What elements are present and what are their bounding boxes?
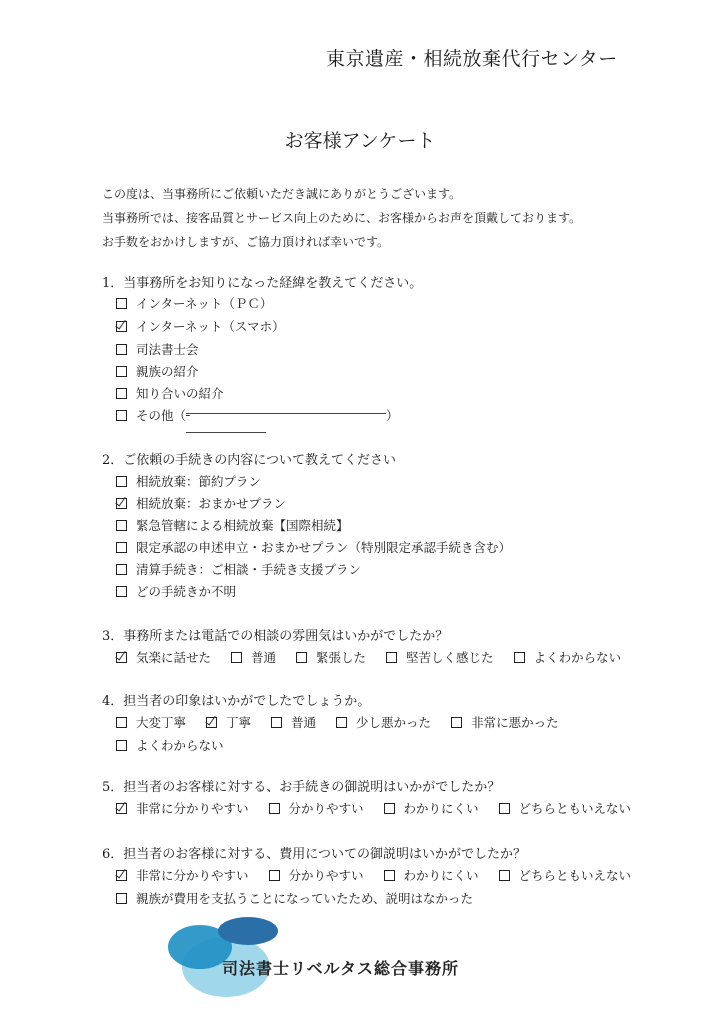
checkbox-checked-icon[interactable] [116, 803, 127, 814]
checkbox-icon[interactable] [231, 652, 242, 663]
q2-option-omakase-plan[interactable]: 相続放棄：おまかせプラン [116, 494, 286, 512]
option-label: 分かりやすい [289, 799, 364, 817]
checkbox-icon[interactable] [116, 542, 127, 553]
q3-option-nervous[interactable]: 緊張した [296, 648, 366, 666]
q5-option-neither[interactable]: どちらともいえない [499, 799, 632, 817]
q1-option-relative-referral[interactable]: 親族の紹介 [116, 362, 199, 380]
q1-option-other[interactable]: その他（ ） [116, 406, 399, 424]
question-2-label: 2．ご依頼の手続きの内容について教えてください [102, 449, 396, 468]
q1-option-acquaintance-referral[interactable]: 知り合いの紹介 [116, 384, 224, 402]
checkbox-checked-icon[interactable] [116, 870, 127, 881]
q3-options: 気楽に話せた 普通 緊張した 堅苦しく感じた よくわからない [116, 648, 625, 666]
checkbox-icon[interactable] [116, 520, 127, 531]
option-label: 緊急管轄による相続放棄【国際相続】 [136, 516, 349, 534]
q6-option-unclear[interactable]: わかりにくい [384, 866, 479, 884]
q4-option-unsure[interactable]: よくわからない [116, 736, 224, 754]
question-4-label: 4．担当者の印象はいかがでしたでしょうか。 [102, 690, 370, 709]
option-label: どちらともいえない [519, 866, 632, 884]
checkbox-icon[interactable] [116, 344, 127, 355]
option-label: どの手続きか不明 [136, 582, 236, 600]
checkbox-icon[interactable] [271, 717, 282, 728]
checkbox-icon[interactable] [514, 652, 525, 663]
option-suffix: ） [386, 406, 399, 424]
option-label: 非常に分かりやすい [136, 866, 249, 884]
q6-option-very-clear[interactable]: 非常に分かりやすい [116, 866, 249, 884]
q1-option-judicial-scrivener-assoc[interactable]: 司法書士会 [116, 340, 199, 358]
option-label: 少し悪かった [356, 713, 431, 731]
checkbox-icon[interactable] [451, 717, 462, 728]
q5-option-unclear[interactable]: わかりにくい [384, 799, 479, 817]
checkbox-icon[interactable] [116, 564, 127, 575]
option-label: 非常に分かりやすい [136, 799, 249, 817]
option-label: インターネット（スマホ） [136, 317, 285, 335]
checkbox-icon[interactable] [116, 366, 127, 377]
question-5-label: 5．担当者のお客様に対する、お手続きの御説明はいかがでしたか？ [102, 776, 500, 795]
option-label: 親族が費用を支払うことになっていたため、説明はなかった [136, 889, 473, 907]
checkbox-icon[interactable] [336, 717, 347, 728]
option-label: 緊張した [316, 648, 366, 666]
option-label: 相続放棄：節約プラン [136, 472, 261, 490]
question-3-label: 3．事務所または電話での相談の雰囲気はいかがでしたか？ [102, 625, 448, 644]
checkbox-checked-icon[interactable] [116, 321, 127, 332]
q2-option-international[interactable]: 緊急管轄による相続放棄【国際相続】 [116, 516, 349, 534]
checkbox-icon[interactable] [384, 870, 395, 881]
checkbox-icon[interactable] [269, 870, 280, 881]
checkbox-icon[interactable] [386, 652, 397, 663]
option-label: 親族の紹介 [136, 362, 199, 380]
checkbox-checked-icon[interactable] [206, 717, 217, 728]
option-label: 気楽に話せた [136, 648, 211, 666]
option-label: 大変丁寧 [136, 713, 186, 731]
option-label: わかりにくい [404, 799, 479, 817]
question-6-label: 6．担当者のお客様に対する、費用についての御説明はいかがでしたか？ [102, 843, 526, 862]
option-label: 非常に悪かった [471, 713, 559, 731]
strike-line-2 [186, 432, 266, 433]
q6-option-clear[interactable]: 分かりやすい [269, 866, 364, 884]
q2-option-settlement[interactable]: 清算手続き：ご相談・手続き支援プラン [116, 560, 361, 578]
intro-line-3: お手数をおかけしますが、ご協力頂ければ幸いです。 [102, 233, 389, 250]
checkbox-icon[interactable] [499, 803, 510, 814]
checkbox-icon[interactable] [116, 717, 127, 728]
checkbox-icon[interactable] [116, 476, 127, 487]
option-label: その他（ [136, 406, 186, 424]
q5-option-very-clear[interactable]: 非常に分かりやすい [116, 799, 249, 817]
checkbox-icon[interactable] [116, 740, 127, 751]
header-org-name: 東京遺産・相続放棄代行センター [326, 44, 618, 71]
checkbox-icon[interactable] [116, 388, 127, 399]
checkbox-icon[interactable] [116, 893, 127, 904]
intro-line-1: この度は、当事務所にご依頼いただき誠にありがとうございます。 [102, 185, 461, 202]
checkbox-checked-icon[interactable] [116, 652, 127, 663]
q4-option-very-bad[interactable]: 非常に悪かった [451, 713, 559, 731]
q5-option-clear[interactable]: 分かりやすい [269, 799, 364, 817]
option-label: わかりにくい [404, 866, 479, 884]
office-name: 司法書士リベルタス総合事務所 [222, 956, 459, 979]
checkbox-icon[interactable] [499, 870, 510, 881]
q1-option-pc[interactable]: インターネット（ＰＣ） [116, 294, 272, 312]
checkbox-icon[interactable] [116, 410, 127, 421]
q6-option-neither[interactable]: どちらともいえない [499, 866, 632, 884]
option-label: 司法書士会 [136, 340, 199, 358]
option-label: インターネット（ＰＣ） [136, 294, 272, 312]
q4-option-very-polite[interactable]: 大変丁寧 [116, 713, 186, 731]
question-1-label: 1．当事務所をお知りになった経緯を教えてください。 [102, 272, 422, 291]
option-label: よくわからない [534, 648, 622, 666]
option-label: 相続放棄：おまかせプラン [136, 494, 286, 512]
q5-options: 非常に分かりやすい 分かりやすい わかりにくい どちらともいえない [116, 799, 635, 817]
checkbox-icon[interactable] [384, 803, 395, 814]
q4-option-slightly-bad[interactable]: 少し悪かった [336, 713, 431, 731]
q2-option-unknown[interactable]: どの手続きか不明 [116, 582, 236, 600]
option-label: 堅苦しく感じた [406, 648, 494, 666]
q3-option-formal[interactable]: 堅苦しく感じた [386, 648, 494, 666]
q2-option-saving-plan[interactable]: 相続放棄：節約プラン [116, 472, 261, 490]
q2-option-limited-approval[interactable]: 限定承認の申述申立・おまかせプラン（特別限定承認手続き含む） [116, 538, 511, 556]
option-label: どちらともいえない [519, 799, 632, 817]
q3-option-relaxed[interactable]: 気楽に話せた [116, 648, 211, 666]
checkbox-checked-icon[interactable] [116, 498, 127, 509]
strike-line-1 [186, 413, 386, 414]
option-label: 清算手続き：ご相談・手続き支援プラン [136, 560, 361, 578]
option-label: 普通 [291, 713, 316, 731]
checkbox-icon[interactable] [269, 803, 280, 814]
q3-option-normal[interactable]: 普通 [231, 648, 276, 666]
other-handwritten-text [186, 408, 386, 422]
checkbox-icon[interactable] [116, 298, 127, 309]
q3-option-unsure[interactable]: よくわからない [514, 648, 622, 666]
checkbox-icon[interactable] [296, 652, 307, 663]
option-label: 限定承認の申述申立・おまかせプラン（特別限定承認手続き含む） [136, 538, 511, 556]
q4-option-polite[interactable]: 丁寧 [206, 713, 251, 731]
q6-option-relative-paid[interactable]: 親族が費用を支払うことになっていたため、説明はなかった [116, 889, 473, 907]
checkbox-icon[interactable] [116, 586, 127, 597]
q4-option-normal[interactable]: 普通 [271, 713, 316, 731]
option-label: 知り合いの紹介 [136, 384, 224, 402]
option-label: 丁寧 [226, 713, 251, 731]
q6-options: 非常に分かりやすい 分かりやすい わかりにくい どちらともいえない [116, 866, 635, 884]
q1-option-smartphone[interactable]: インターネット（スマホ） [116, 317, 285, 335]
page-title: お客様アンケート [0, 126, 720, 153]
option-label: よくわからない [136, 736, 224, 754]
option-label: 分かりやすい [289, 866, 364, 884]
option-label: 普通 [251, 648, 276, 666]
q4-options: 大変丁寧 丁寧 普通 少し悪かった 非常に悪かった [116, 713, 563, 731]
intro-line-2: 当事務所では、接客品質とサービス向上のために、お客様からお声を頂戴しております。 [102, 209, 581, 226]
